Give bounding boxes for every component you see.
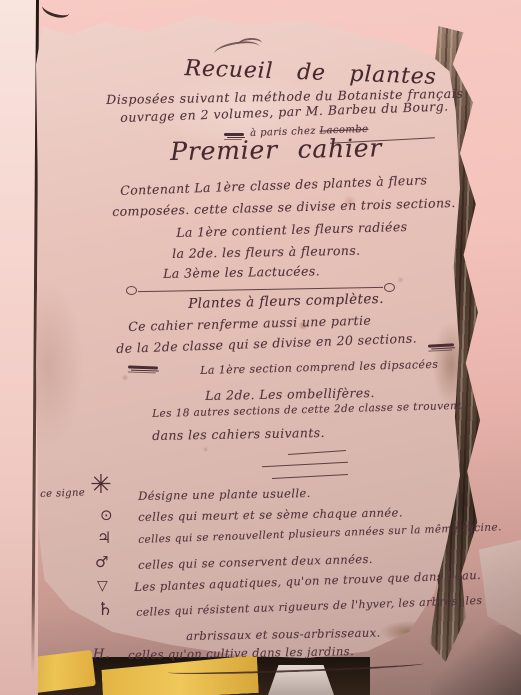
- divider-curl-left: [126, 286, 137, 295]
- asterisk-star-icon: ✳: [90, 472, 112, 498]
- intro-line: La 3ème les Lactucées.: [163, 263, 320, 281]
- circled-dot-icon: ⊙: [100, 508, 113, 523]
- divider-curl-right: [384, 283, 395, 292]
- triangle-down-icon: ▽: [97, 579, 108, 593]
- manuscript-photo: Recueil de plantes Disposées suivant la …: [0, 0, 521, 695]
- torn-corner-mark: [40, 0, 71, 21]
- mars-icon: ♂: [95, 555, 108, 570]
- section-line: La 2de. Les ombellifères.: [205, 385, 375, 403]
- legend-label: ce signe: [40, 487, 85, 500]
- legend-item-text: Désigne une plante usuelle.: [138, 486, 311, 503]
- section-line: dans les cahiers suivants.: [152, 425, 325, 443]
- saturn-icon: ♄: [97, 601, 113, 619]
- letter-h-icon: H.: [93, 647, 110, 662]
- jupiter-icon: ♃: [97, 530, 111, 546]
- underlying-page-corner: [479, 540, 521, 635]
- cahier-heading: Premier cahier: [170, 133, 382, 166]
